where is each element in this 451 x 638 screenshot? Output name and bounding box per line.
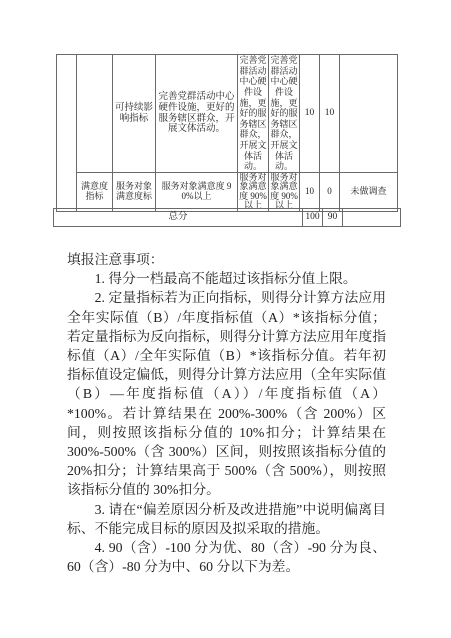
cell-r2-annual-target: 服务对象满意度 90%以上	[238, 173, 269, 212]
cell-r2-indicator-name: 服务对象满意度标	[113, 173, 156, 212]
total-full-score-cell: 100	[303, 209, 323, 227]
cell-r2-remark: 未做调查	[340, 173, 398, 212]
cell-r1-score: 10	[320, 55, 340, 173]
cell-r1-indicator-name: 可持续影响指标	[113, 55, 156, 173]
note-item-2: 2. 定量指标若为正向指标，则得分计算方法应用全年实际值（B）/年度指标值（A）…	[67, 288, 386, 499]
cell-r1-indicator-content: 完善党群活动中心硬件设施，更好的服务辖区群众，开展文体活动。	[156, 55, 238, 173]
cell-left-spanner	[57, 55, 77, 212]
cell-r2-indicator-content: 服务对象满意度 90%以上	[156, 173, 238, 212]
cell-r2-actual-value: 服务对象满意度 90%以上	[269, 173, 300, 212]
note-item-4: 4. 90（含）-100 分为优、80（含）-90 分为良、60（含）-80 分…	[67, 538, 386, 576]
notes-title: 填报注意事项：	[67, 250, 386, 269]
cell-r1-category	[77, 55, 113, 173]
table-row-satisfaction: 满意度指标 服务对象满意度标 服务对象满意度 90%以上 服务对象满意度 90%…	[57, 173, 398, 212]
total-label-cell: 总分	[54, 209, 303, 227]
cell-r1-actual-value: 完善党群活动中心硬件设施，更好的服务辖区群众，开展文体活动。	[269, 55, 300, 173]
table-row-total: 总分 100 90	[54, 209, 401, 227]
cell-r1-remark	[340, 55, 398, 173]
filling-notes-section: 填报注意事项： 1. 得分一档最高不能超过该指标分值上限。 2. 定量指标若为正…	[67, 250, 386, 576]
total-remark-cell	[343, 209, 401, 227]
document-page: 可持续影响指标 完善党群活动中心硬件设施，更好的服务辖区群众，开展文体活动。 完…	[0, 0, 451, 638]
cell-r1-full-score: 10	[300, 55, 320, 173]
total-score-table: 总分 100 90	[53, 208, 401, 227]
cell-r1-annual-target: 完善党群活动中心硬件设施，更好的服务辖区群众，开展文体活动。	[238, 55, 269, 173]
table-row-sustainability: 可持续影响指标 完善党群活动中心硬件设施，更好的服务辖区群众，开展文体活动。 完…	[57, 55, 398, 173]
total-score-cell: 90	[323, 209, 343, 227]
cell-r2-full-score: 10	[300, 173, 320, 212]
note-item-3: 3. 请在“偏差原因分析及改进措施”中说明偏离目标、不能完成目标的原因及拟采取的…	[67, 500, 386, 538]
score-table: 可持续影响指标 完善党群活动中心硬件设施，更好的服务辖区群众，开展文体活动。 完…	[56, 54, 398, 212]
cell-r2-score: 0	[320, 173, 340, 212]
cell-r2-category: 满意度指标	[77, 173, 113, 212]
note-item-1: 1. 得分一档最高不能超过该指标分值上限。	[67, 269, 386, 288]
